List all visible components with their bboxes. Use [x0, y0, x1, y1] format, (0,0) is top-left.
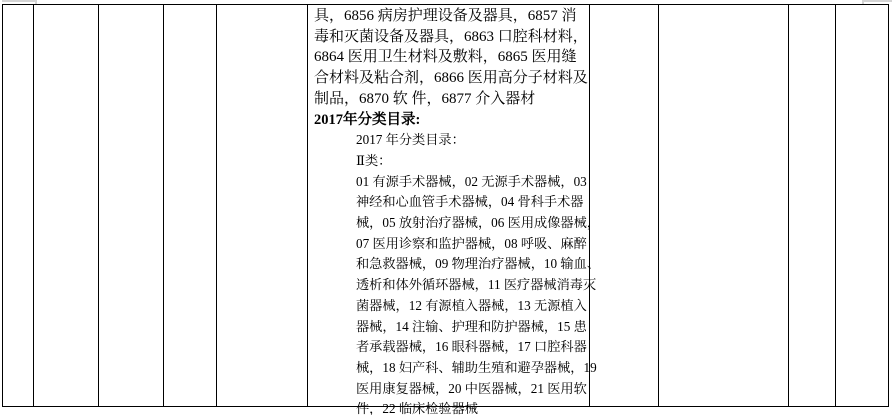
catalog-line: 毒和灭菌设备及器具，6863 口腔科材料，: [314, 27, 586, 48]
catalog-line: 6864 医用卫生材料及敷料，6865 医用缝: [314, 47, 586, 68]
catalog-text-cell: 具，6856 病房护理设备及器具，6857 消 毒和灭菌设备及器具，6863 口…: [308, 5, 590, 406]
catalog-line: 件，22 临床检验器械: [356, 399, 586, 415]
catalog-line: 械，05 放射治疗器械，06 医用成像器械，: [356, 213, 586, 234]
catalog-line: 透析和体外循环器械，11 医疗器械消毒灭: [356, 275, 586, 296]
empty-cell-2: [34, 5, 99, 406]
catalog-line: 器械，14 注输、护理和防护器械，15 患: [356, 317, 586, 338]
catalog-line: 合材料及粘合剂，6866 医用高分子材料及: [314, 68, 586, 89]
catalog-line: 制品，6870 软 件，6877 介入器材: [314, 89, 586, 110]
empty-cell-9: [789, 5, 836, 406]
top-left-gray-notch: [2, 0, 37, 2]
catalog-2017-heading: 2017年分类目录:: [314, 110, 586, 131]
empty-cell-10: [836, 5, 888, 406]
classification-table-row: 具，6856 病房护理设备及器具，6857 消 毒和灭菌设备及器具，6863 口…: [2, 4, 889, 407]
catalog-line: 神经和心血管手术器械，04 骨科手术器: [356, 192, 586, 213]
catalog-line: 医用康复器械，20 中医器械，21 医用软: [356, 379, 586, 400]
catalog-2017-paragraph: 2017 年分类目录： Ⅱ类： 01 有源手术器械，02 无源手术器械，03 神…: [356, 130, 586, 415]
catalog-6800-series-paragraph: 具，6856 病房护理设备及器具，6857 消 毒和灭菌设备及器具，6863 口…: [314, 6, 586, 110]
empty-cell-1: [3, 5, 34, 406]
empty-cell-8: [659, 5, 789, 406]
catalog-line: Ⅱ类：: [356, 151, 586, 172]
catalog-line: 者承载器械，16 眼科器械，17 口腔科器: [356, 337, 586, 358]
catalog-line: 01 有源手术器械，02 无源手术器械，03: [356, 172, 586, 193]
document-page: 具，6856 病房护理设备及器具，6857 消 毒和灭菌设备及器具，6863 口…: [0, 0, 892, 415]
empty-cell-4: [164, 5, 217, 406]
catalog-line: 和急救器械，09 物理治疗器械，10 输血、: [356, 254, 586, 275]
catalog-line: 2017 年分类目录：: [356, 130, 586, 151]
catalog-line: 具，6856 病房护理设备及器具，6857 消: [314, 6, 586, 27]
empty-cell-3: [99, 5, 164, 406]
top-right-gray-notch: [862, 0, 892, 2]
catalog-line: 械，18 妇产科、辅助生殖和避孕器械，19: [356, 358, 586, 379]
catalog-line: 07 医用诊察和监护器械，08 呼吸、麻醉: [356, 234, 586, 255]
catalog-line: 菌器械，12 有源植入器械，13 无源植入: [356, 296, 586, 317]
empty-cell-7: [590, 5, 659, 406]
empty-cell-5: [217, 5, 308, 406]
